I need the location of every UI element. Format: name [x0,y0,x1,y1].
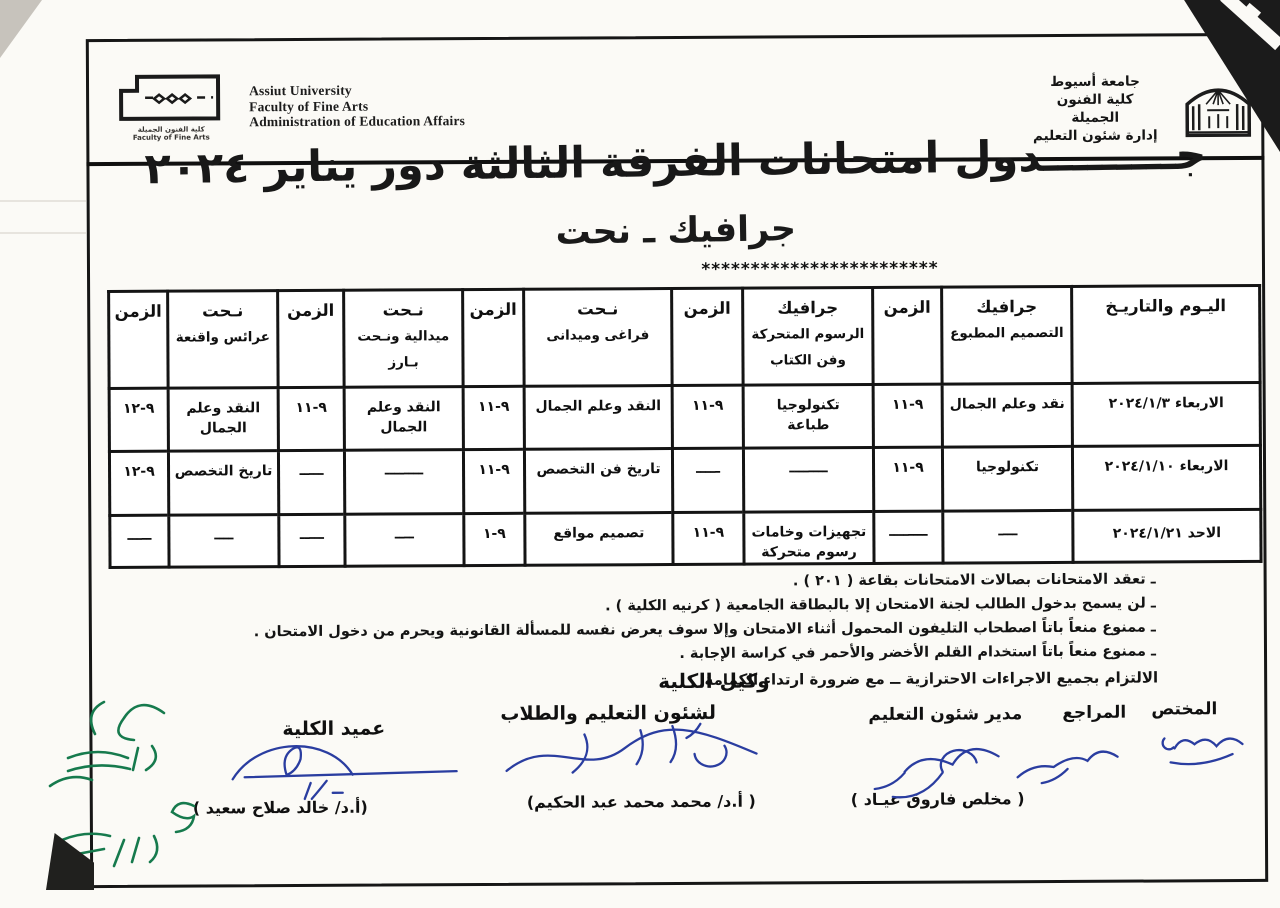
col-header-7: نـحتميدالية ونـحتبـارز [344,290,464,388]
time-cell: ٩-١ [464,513,525,565]
schedule-title: جـــــــــدول امتحانات الفرقة الثالثة دو… [89,129,1262,195]
col-header-1: جرافيكالتصميم المطبوع [942,286,1073,384]
document-border-frame: كلية الفنون الجميلة Faculty of Fine Arts… [86,33,1268,888]
table-row-1: الاربعاء ٢٠٢٤/١/١٠تكنولوجيا٩-١١ـــــــــ… [109,445,1260,515]
covid-note: الالتزام بجميع الاجراءات الاحترازية ــ م… [704,668,1158,688]
time-cell: ٩-١١ [278,387,344,450]
education-director-signature [852,732,1010,807]
subject-cell: النقد وعلم الجمال [524,386,672,450]
department-subtitle: جرافيك ـ نحت [90,202,1262,260]
scan-corner-top-left [0,0,42,58]
reviewer-title: المراجع [1062,703,1126,723]
exam-table: اليـوم والتاريـخجرافيكالتصميم المطبوعالز… [107,284,1262,569]
table-row-2: الاحد ٢٠٢٤/١/٢١ــــــــــــتجهيزات وخاما… [110,509,1261,567]
col-header-0: اليـوم والتاريـخ [1072,285,1261,383]
faculty-logo: كلية الفنون الجميلة Faculty of Fine Arts [115,73,227,146]
time-cell: ـــــ [279,514,345,566]
subject-cell: تكنولوجيا [942,446,1072,511]
time-cell: ـــــ [110,515,169,567]
subject-cell: النقد وعلم الجمال [168,388,278,452]
exam-notes: ـ تعقد الامتحانات بصالات الامتحانات بقاع… [253,567,1156,668]
time-cell: ـــــ [672,448,743,512]
date-cell: الاحد ٢٠٢٤/١/٢١ [1073,509,1261,562]
education-director-title: مدير شئون التعليم [868,704,1022,725]
scan-streak [0,200,86,202]
col-header-8: الزمن [278,290,345,387]
col-header-3: جرافيكالرسوم المتحركةوفن الكتاب [743,287,874,385]
subject-cell: ــــ [943,510,1073,563]
time-cell: ٩-١١ [873,447,942,511]
time-cell: ٩-١١ [873,384,942,447]
subject-cell: تكنولوجيا طباعة [743,384,873,448]
vice-dean-signature [488,711,776,797]
note-pens: ـ ممنوع منعاً باتاً استخدام القلم الأخضر… [254,639,1156,668]
col-header-5: نـحتفراغى وميدانى [524,289,673,387]
faculty-name-ar: كلية الفنون الجميلة [1031,90,1159,127]
col-header-10: الزمن [109,291,169,388]
time-cell: ٩-١١ [673,512,744,564]
logo-caption-english: Faculty of Fine Arts [115,133,227,142]
subject-cell: تاريخ التخصص [168,451,278,516]
stars-divider: ************************ [635,258,1005,280]
subject-cell: ــــ [169,515,279,568]
faculty-logo-icon [115,73,227,126]
subject-cell: نقد وعلم الجمال [942,383,1072,447]
time-cell: ٩-١٢ [109,451,168,515]
subject-cell: تاريخ فن التخصص [524,449,672,514]
university-name-en: Assiut University [249,82,465,99]
vice-dean-title: وكيل الكلية [658,669,770,694]
specialist-title: المختص [1151,699,1217,719]
col-header-6: الزمن [463,289,525,386]
time-cell: ــــــــ [874,511,943,563]
header-english-block: Assiut University Faculty of Fine Arts A… [249,82,465,130]
subject-cell: ــــــــ [344,450,463,515]
time-cell: ٩-١١ [672,385,743,448]
scanned-document: كلية الفنون الجميلة Faculty of Fine Arts… [0,0,1280,908]
table-row-0: الاربعاء ٢٠٢٤/١/٣نقد وعلم الجمال٩-١١تكنو… [109,382,1260,451]
date-cell: الاربعاء ٢٠٢٤/١/٣ [1072,382,1260,446]
university-name-ar: جامعة أسيوط [1031,72,1159,91]
faculty-name-en: Faculty of Fine Arts [249,98,465,115]
dean-signature [212,728,470,809]
time-cell: ـــــ [278,450,344,514]
time-cell: ٩-١١ [463,449,524,513]
subject-cell: ــــــــ [743,447,873,512]
subject-cell: النقد وعلم الجمال [344,387,463,451]
col-header-9: نـحتعرائس واقنعة [168,291,279,389]
specialist-signature [1134,726,1256,779]
subject-cell: تصميم مواقع [525,513,673,566]
col-header-2: الزمن [873,287,943,384]
col-header-4: الزمن [672,288,744,385]
subject-cell: ــــ [345,514,464,567]
scan-streak [0,232,86,234]
time-cell: ٩-١١ [463,386,524,449]
date-cell: الاربعاء ٢٠٢٤/١/١٠ [1072,445,1260,510]
reviewer-signature [1005,737,1129,792]
time-cell: ٩-١٢ [109,388,168,451]
subject-cell: تجهيزات وخامات رسوم متحركة [744,511,874,564]
administration-en: Administration of Education Affairs [249,113,465,130]
